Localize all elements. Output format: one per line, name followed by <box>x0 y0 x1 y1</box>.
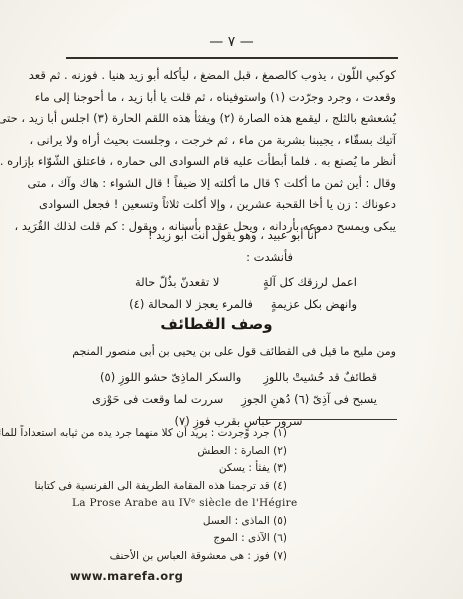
closing-line: أنا أبو عبيد ، وهو يقول أنت أبو زيد ! <box>69 228 396 242</box>
footnote: (٢) الصارة : العطش <box>72 443 287 461</box>
footnote: (٧) فوز : هى معشوقة العباس بن الأحنف <box>72 548 287 566</box>
footnote: (٣) يفثأ : يسكن <box>72 460 287 478</box>
text-line: آتيك بسقّاء ، يجيبنا بشربة من ماء ، ثم خ… <box>69 130 396 152</box>
footnote: (٦) الآذى : الموج <box>72 530 287 548</box>
hemistich-right: يسبح فى آذِىّ (٦) دُهنِ الجوزِ <box>241 388 377 410</box>
main-text-block: كوكبي اللّون ، يذوب كالصمغ ، قبل المضغ ،… <box>69 65 396 237</box>
hemistich-left: والسكر الماذِىّ حشو اللوزِ (٥) <box>100 366 241 388</box>
hemistich-left: سررت لما وقعت فى حَوْزى <box>92 388 223 410</box>
footnote-divider <box>257 419 397 420</box>
scanned-book-page: — ٧ — كوكبي اللّون ، يذوب كالصمغ ، قبل ا… <box>0 0 463 599</box>
hemistich-left: فالمرء يعجز لا المحالة (٤) <box>129 293 253 315</box>
verse-row: يسبح فى آذِىّ (٦) دُهنِ الجوزِ سررت لما … <box>100 388 377 410</box>
text-line: يُشعشع بالثلج ، ليقمع هذه الصارة (٢) ويف… <box>69 108 396 130</box>
poem-block-2: قطائفٌ قد حُشيتْ باللوزِ والسكر الماذِىّ… <box>100 366 377 432</box>
text-line: أنظر ما يُصنع به . فلما أبطأت عليه قام ا… <box>69 151 396 173</box>
text-line: وقعدت ، وجرد وجرّدت (١) واستوفيناه ، ثم … <box>69 87 396 109</box>
inshad-intro: فأنشدت : <box>246 250 293 264</box>
text-line: وقال : أين ثمن ما أكلت ؟ قال ما أكلته إل… <box>69 173 396 195</box>
watermark: www.marefa.org <box>70 569 183 583</box>
hemistich-right: قطائفٌ قد حُشيتْ باللوزِ <box>263 366 377 388</box>
hemistich-left: لا تقعدنّ بذُلّ حالة <box>135 271 219 293</box>
footnote: (١) جرد وجردت : يريد أن كلا منهما جرد يد… <box>72 425 287 443</box>
footnote: (٥) الماذى : العسل <box>72 513 287 531</box>
text-line: كوكبي اللّون ، يذوب كالصمغ ، قبل المضغ ،… <box>69 65 396 87</box>
section-intro: ومن مليح ما قيل فى القطائف قول على بن يح… <box>66 345 396 358</box>
french-title-footnote: La Prose Arabe au IVᵉ siècle de l'Hégire <box>72 495 287 513</box>
text-line: دعوناك : زن يا أخا القحبة عشرين ، وإلا أ… <box>69 194 396 216</box>
verse-row: اعمل لرزقك كل آلةٍ لا تقعدنّ بذُلّ حالة <box>135 271 357 293</box>
footnotes-block: (١) جرد وجردت : يريد أن كلا منهما جرد يد… <box>72 425 287 565</box>
verse-row: قطائفٌ قد حُشيتْ باللوزِ والسكر الماذِىّ… <box>100 366 377 388</box>
hemistich-right: وانهض بكل عزيمةٍ <box>271 293 357 315</box>
poem-block-1: اعمل لرزقك كل آلةٍ لا تقعدنّ بذُلّ حالة … <box>135 271 357 315</box>
section-heading: وصف القطائف <box>0 315 433 333</box>
footnote: (٤) قد ترجمنا هذه المقامة الطريفة الى ال… <box>72 478 287 496</box>
page-number: — ٧ — <box>0 34 463 50</box>
header-divider <box>66 57 398 59</box>
hemistich-right: اعمل لرزقك كل آلةٍ <box>263 271 357 293</box>
verse-row: وانهض بكل عزيمةٍ فالمرء يعجز لا المحالة … <box>135 293 357 315</box>
